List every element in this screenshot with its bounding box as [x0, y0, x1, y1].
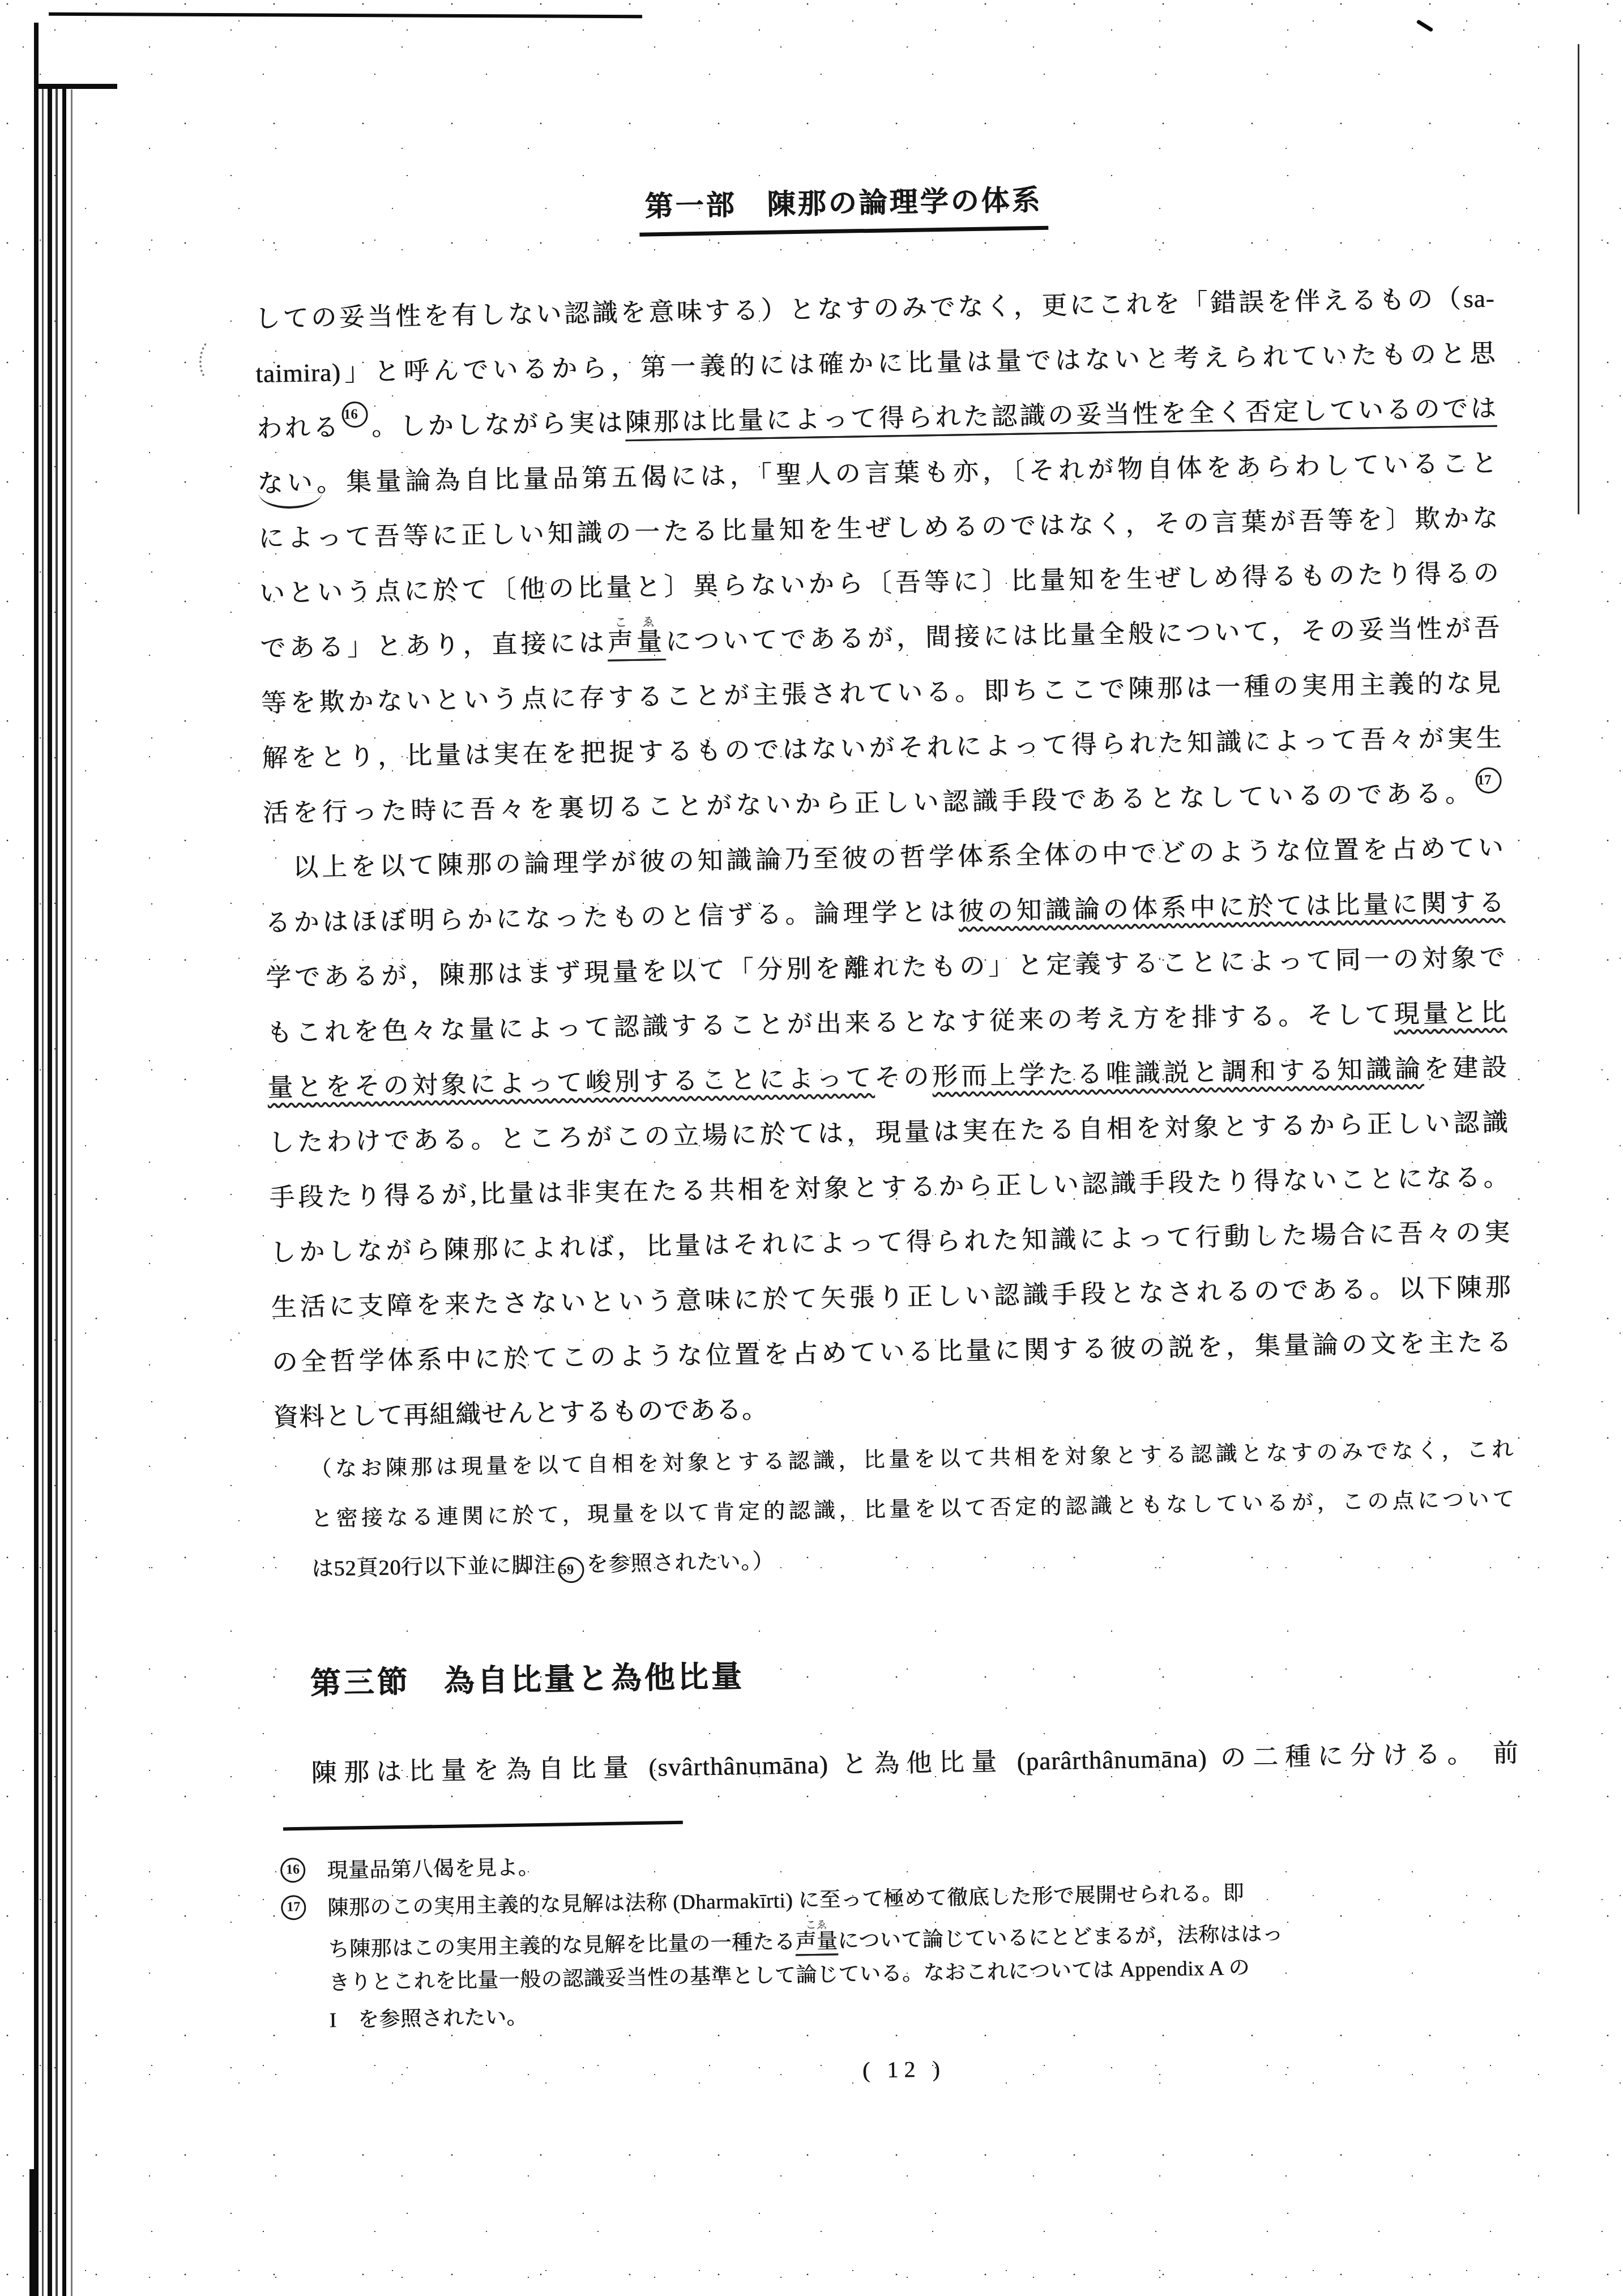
footnote: 17陳那のこの実用主義的な見解は法称 (Dharmakīrti) に至って極めて…: [281, 1870, 1523, 2040]
chapter-header: 第一部 陳那の論理学の体系: [639, 177, 1048, 237]
text-segment: 彼の知識論の体系中に於ては比量に関する: [958, 889, 1505, 926]
text-segment: を建設: [1423, 1053, 1507, 1082]
footnote-marker: 16: [280, 1853, 327, 1890]
text-segment: と密接なる連関に於て，現量を以て肯定的認識，比量を以て否定的認識ともなしているが…: [311, 1487, 1515, 1531]
footnote-ref: 59: [558, 1557, 584, 1584]
footnote-text: 陳那のこの実用主義的な見解は法称 (Dharmakīrti) に至って極めて徹底…: [327, 1870, 1523, 2039]
scan-top-edge-line: [49, 12, 642, 19]
text-segment: は52頁20行以下並に脚注: [311, 1553, 556, 1581]
text-segment: その: [874, 1062, 933, 1092]
text-segment: したわけである。ところがこの立場に於ては，現量は実在たる自相を対象とするから正し…: [268, 1108, 1509, 1156]
text-segment: I を参照されたい。: [329, 2005, 528, 2032]
intro-paragraph: 陳那は比量を為自比量 (svârthânumāna) と為他比量 (parârt…: [279, 1726, 1519, 1801]
text-segment: 資料として再組織せんとするものである。: [273, 1395, 768, 1431]
ruby-word: 声量こゑ: [795, 1930, 838, 1953]
footnote-ref: 17: [1475, 767, 1502, 794]
text-segment: （なお陳那は現量を以て自相を対象とする認識，比量を以て共相を対象とする認識となす…: [310, 1437, 1514, 1481]
text-segment: 形而上学たる唯識説と調和する知識論: [932, 1055, 1424, 1091]
text-segment: についてであるが，間接には比量全般について，その妥当性が吾: [665, 614, 1500, 656]
binding-edge-line: [48, 85, 52, 2296]
furigana: こゑ: [795, 1919, 838, 1931]
text-segment: 陳那は比量を為自比量 (svârthânumāna) と為他比量 (parârt…: [279, 1739, 1519, 1787]
binding-edge-line: [62, 86, 66, 2296]
scanned-page: 第一部 陳那の論理学の体系 しての妥当性を有しない認識を意味する）となすのみでな…: [0, 0, 1623, 2296]
footnote-divider: [283, 1821, 683, 1831]
text-segment: 手段たり得るが,比量は非実在たる共相を対象とするから正しい認識手段たり得ないこと…: [269, 1163, 1510, 1211]
scan-right-edge-line: [1578, 44, 1579, 514]
text-segment: 現量品第八偈を見よ。: [327, 1856, 540, 1883]
binding-edge-line: [71, 89, 72, 2296]
text-segment: ない: [257, 468, 317, 498]
text-segment: 等を欺かないという点に存することが主張されている。即ちここで陳那は一種の実用主義…: [261, 669, 1502, 718]
text-segment: きりとこれを比量一般の認識妥当性の基準として論じている。なおこれについては Ap…: [328, 1956, 1250, 1995]
text-segment: について論じているにとどまるが，法称ははっ: [838, 1922, 1283, 1953]
footnote-ref: 16: [342, 402, 369, 428]
binding-edge-line: [55, 86, 58, 2296]
text-segment: 量とをその対象によって峻別することによって: [267, 1064, 875, 1102]
furigana: こゑ: [607, 614, 663, 630]
text-segment: taimira)」と呼んでいるから，第一義的には確かに比量は量ではないと考えられ…: [255, 339, 1496, 388]
body-text: しての妥当性を有しない認識を意味する）となすのみでなく，更にこれを「錯誤を伴える…: [254, 271, 1516, 1595]
text-segment: 以上を以て陳那の論理学が彼の知識論乃至彼の哲学体系全体の中でどのような位置を占め…: [263, 834, 1504, 882]
text-segment: しての妥当性を有しない認識を意味する）となすのみでなく，更にこれを「錯誤を伴える…: [254, 284, 1495, 333]
text-segment: るかはほぼ明らかになったものと信ずる。論理学とは: [264, 898, 959, 937]
footnote-marker: 17: [281, 1890, 330, 2040]
text-segment: を参照されたい。）: [586, 1550, 775, 1576]
text-segment: によって吾等に正しい知識の一たる比量知を生ぜしめるのではなく，その言葉が吾等を〕…: [258, 504, 1499, 553]
text-segment: 解をとり，比量は実在を把捉するものではないがそれによって得られた知識によって吾々…: [262, 724, 1502, 773]
text-segment: ち陳那はこの実用主義的な見解を比量の一種たる: [328, 1931, 796, 1962]
text-segment: しかしながら陳那によれば，比量はそれによって得られた知識によって行動した場合に吾…: [270, 1218, 1511, 1266]
text-segment: 。集量論為自比量品第五偈には，「聖人の言葉も亦，〔それが物自体をあらわしているこ…: [316, 449, 1497, 497]
text-segment: 陳那は比量によって得られた認識の妥当性を全く否定しているのでは: [625, 394, 1497, 437]
binding-edge-mark: [29, 2169, 34, 2296]
footnote-number: 17: [281, 1895, 306, 1921]
text-segment: 活を行った時に吾々を裏切ることがないから正しい認識手段であるとなしているのである…: [263, 779, 1475, 827]
text-segment: 生活に支障を来たさないという意味に於て矢張り正しい認識手段となされるのである。以…: [271, 1273, 1511, 1321]
text-segment: 学であるが，陳那はまず現量を以て「分別を離れたもの」と定義することによって同一の…: [266, 944, 1506, 992]
text-segment: もこれを色々な量によって認識することが出来るとなす従来の考え方を排する。そして: [266, 1000, 1394, 1047]
ruby-word: 声量こゑ: [607, 628, 665, 657]
footnote-number: 16: [280, 1858, 306, 1883]
page-number: ( 12 ): [284, 2046, 1524, 2093]
binding-edge-line: [42, 85, 44, 2296]
page-content: 第一部 陳那の論理学の体系 しての妥当性を有しない認識を意味する）となすのみでな…: [253, 170, 1524, 2093]
text-segment: 陳那のこの実用主義的な見解は法称 (Dharmakīrti) に至って極めて徹底…: [327, 1881, 1244, 1920]
text-segment: いという点に於て〔他の比量と〕異らないから〔吾等に〕比量知を生ぜしめ得るものたり…: [259, 559, 1500, 608]
footnotes: 16現量品第八偈を見よ。17陳那のこの実用主義的な見解は法称 (Dharmakī…: [280, 1833, 1523, 2040]
text-segment: である」とあり，直接には: [260, 629, 608, 663]
text-segment: 。しかしながら実は: [369, 408, 625, 441]
text-segment: 現量と比: [1394, 998, 1507, 1028]
section-heading: 第三節 為自比量と為他比量: [310, 1641, 1518, 1706]
binding-edge-mark: [35, 84, 117, 89]
binding-edge-line: [34, 23, 39, 2296]
text-segment: の全哲学体系中に於てこのような位置を占めている比量に関する彼の説を，集量論の文を…: [272, 1328, 1513, 1376]
pencil-circle-mark: [197, 335, 231, 385]
scan-corner-mark: [1416, 19, 1434, 32]
text-segment: われる: [257, 413, 341, 442]
